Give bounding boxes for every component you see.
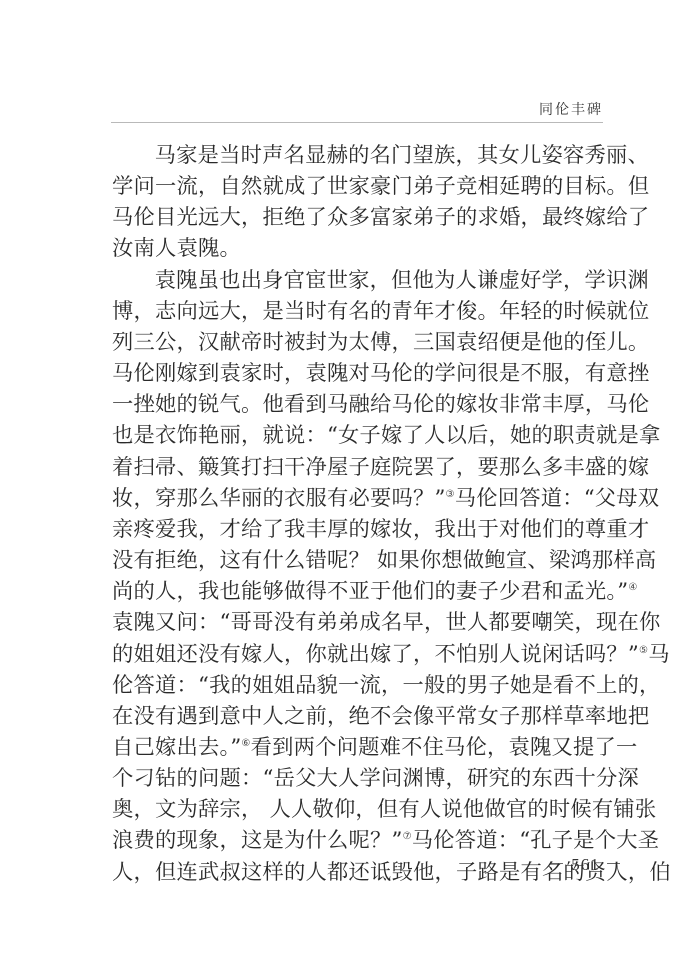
text-line: 马伦目光远大，拒绝了众多富家弟子的求婚，最终嫁给了 bbox=[112, 202, 606, 233]
text-line: 奥，文为辞宗， 人人敬仰，但有人说他做官的时候有铺张 bbox=[112, 794, 606, 825]
text-line-with-footnote: 浪费的现象，这是为什么呢？”⑦马伦答道：“孔子是个大圣 bbox=[112, 825, 606, 856]
text-line: 袁隗虽也出身官宦世家，但他为人谦虚好学，学识渊 bbox=[112, 265, 606, 296]
text-line: 也是衣饰艳丽，就说：“女子嫁了人以后，她的职责就是拿 bbox=[112, 420, 606, 451]
running-head: 同伦丰碑 bbox=[111, 96, 603, 123]
text-segment: 浪费的现象，这是为什么呢？” bbox=[112, 828, 403, 853]
text-segment: 尚的人，我也能够做得不亚于他们的妻子少君和孟光。” bbox=[112, 579, 628, 604]
running-head-title: 同伦丰碑 bbox=[539, 99, 603, 119]
footnote-marker-3[interactable]: ③ bbox=[446, 489, 455, 500]
text-segment: 马 bbox=[648, 642, 670, 667]
text-line: 列三公，汉献帝时被封为太傅，三国袁绍便是他的侄儿。 bbox=[112, 327, 606, 358]
text-line: 汝南人袁隗。 bbox=[112, 233, 606, 264]
footnote-marker-7[interactable]: ⑦ bbox=[403, 831, 412, 842]
footnote-marker-5[interactable]: ⑤ bbox=[639, 645, 648, 656]
page-number: － 561 － bbox=[548, 850, 623, 875]
text-segment: 马伦回答道：“父母双 bbox=[455, 486, 660, 511]
text-line: 一挫她的锐气。他看到马融给马伦的嫁妆非常丰厚，马伦 bbox=[112, 389, 606, 420]
text-line: 着扫帚、簸箕打扫干净屋子庭院罢了，要那么多丰盛的嫁 bbox=[112, 452, 606, 483]
text-segment: 自己嫁出去。” bbox=[112, 735, 241, 760]
text-line: 个刁钻的问题：“岳父大人学问渊博，研究的东西十分深 bbox=[112, 763, 606, 794]
text-line: 学问一流，自然就成了世家豪门弟子竞相延聘的目标。但 bbox=[112, 171, 606, 202]
body-text: 马家是当时声名显赫的名门望族，其女儿姿容秀丽、 学问一流，自然就成了世家豪门弟子… bbox=[112, 140, 606, 888]
text-segment: 看到两个问题难不住马伦，袁隗又提了一 bbox=[251, 735, 638, 760]
text-line-with-footnote: 妆，穿那么华丽的衣服有必要吗？”③马伦回答道：“父母双 bbox=[112, 483, 606, 514]
paragraph-2: 袁隗虽也出身官宦世家，但他为人谦虚好学，学识渊 博，志向远大，是当时有名的青年才… bbox=[112, 265, 606, 888]
footnote-marker-4[interactable]: ④ bbox=[628, 582, 637, 593]
text-line: 伦答道：“我的姐姐品貌一流，一般的男子她是看不上的， bbox=[112, 670, 606, 701]
text-line: 人，但连武叔这样的人都还诋毁他，子路是有名的贤人，伯 bbox=[112, 857, 606, 888]
book-page: 同伦丰碑 马家是当时声名显赫的名门望族，其女儿姿容秀丽、 学问一流，自然就成了世… bbox=[0, 0, 692, 968]
footnote-marker-6[interactable]: ⑥ bbox=[241, 738, 250, 749]
text-line: 没有拒绝，这有什么错呢？ 如果你想做鲍宣、梁鸿那样高 bbox=[112, 545, 606, 576]
text-line-with-footnote: 的姐姐还没有嫁人，你就出嫁了，不怕别人说闲话吗？”⑤马 bbox=[112, 639, 606, 670]
text-line: 马家是当时声名显赫的名门望族，其女儿姿容秀丽、 bbox=[112, 140, 606, 171]
text-segment: 妆，穿那么华丽的衣服有必要吗？” bbox=[112, 486, 446, 511]
text-line: 袁隗又问：“哥哥没有弟弟成名早，世人都要嘲笑，现在你 bbox=[112, 607, 606, 638]
text-line: 在没有遇到意中人之前，绝不会像平常女子那样草率地把 bbox=[112, 701, 606, 732]
paragraph-1: 马家是当时声名显赫的名门望族，其女儿姿容秀丽、 学问一流，自然就成了世家豪门弟子… bbox=[112, 140, 606, 265]
text-line: 博，志向远大，是当时有名的青年才俊。年轻的时候就位 bbox=[112, 296, 606, 327]
text-line: 亲疼爱我，才给了我丰厚的嫁妆，我出于对他们的尊重才 bbox=[112, 514, 606, 545]
text-segment: 的姐姐还没有嫁人，你就出嫁了，不怕别人说闲话吗？” bbox=[112, 642, 639, 667]
text-line-with-footnote: 自己嫁出去。”⑥看到两个问题难不住马伦，袁隗又提了一 bbox=[112, 732, 606, 763]
text-line: 马伦刚嫁到袁家时，袁隗对马伦的学问很是不服，有意挫 bbox=[112, 358, 606, 389]
text-line-with-footnote: 尚的人，我也能够做得不亚于他们的妻子少君和孟光。”④ bbox=[112, 576, 606, 607]
